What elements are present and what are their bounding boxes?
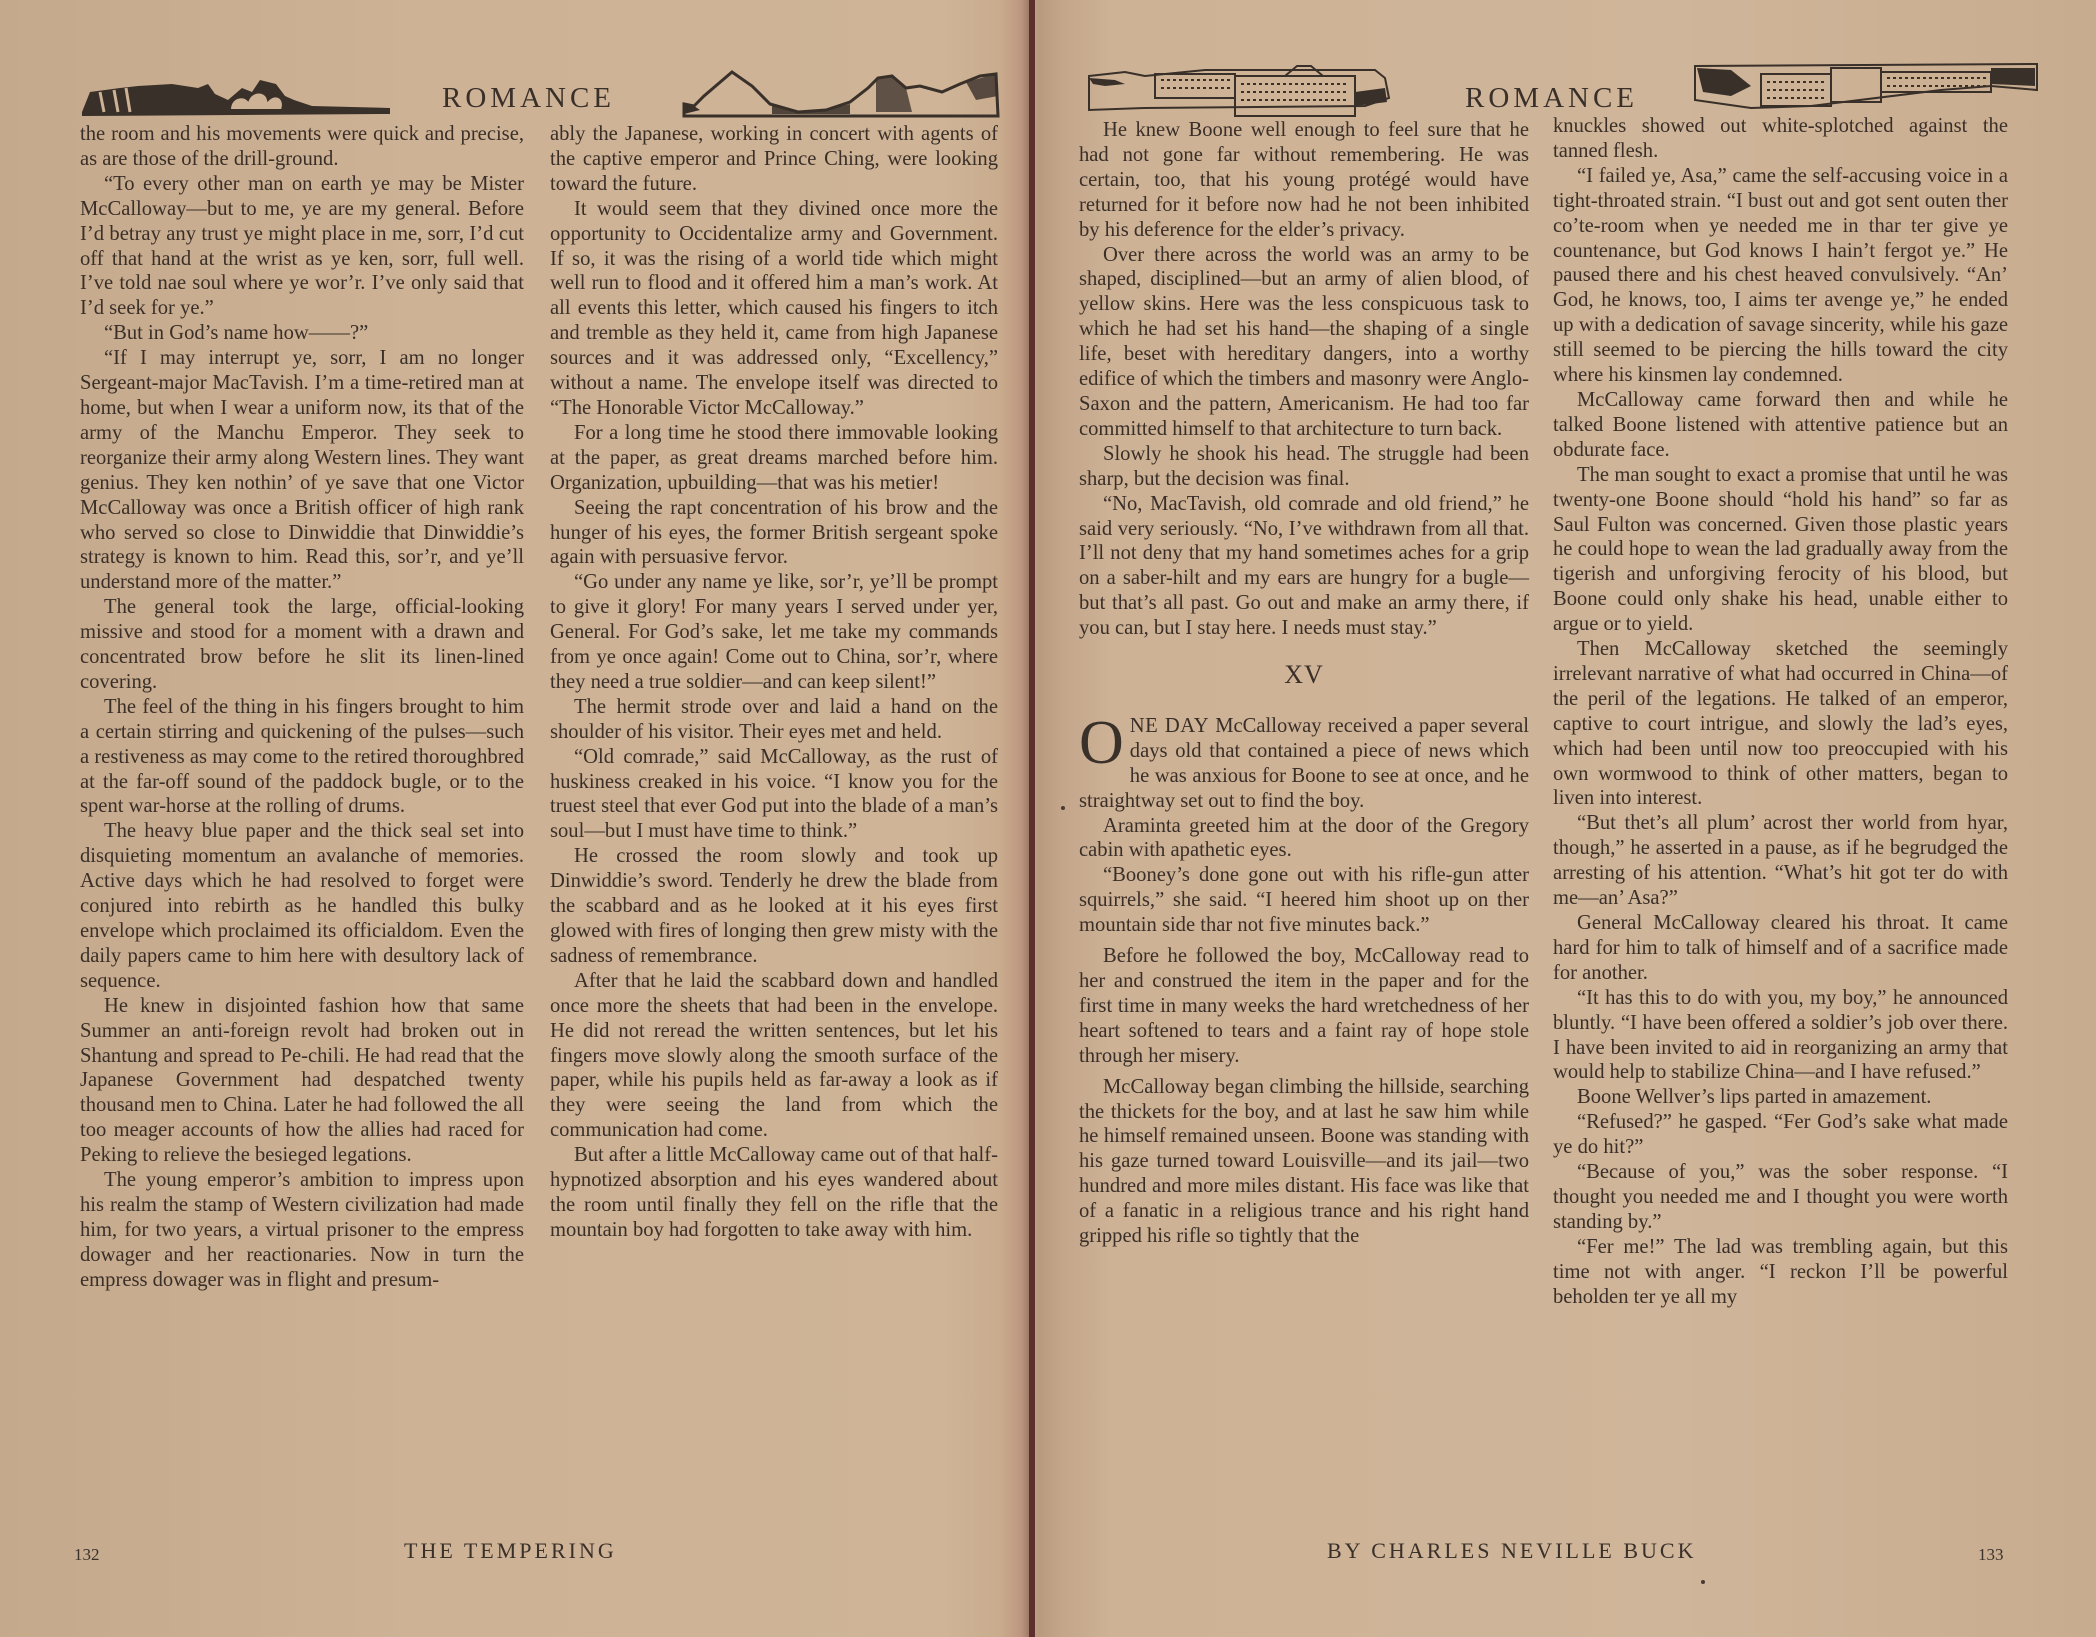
paragraph: He crossed the room slowly and took up D… (550, 844, 998, 969)
running-foot-left: THE TEMPERING (404, 1538, 617, 1564)
open-magazine-spread: ROMANCE the room and his movements were … (0, 0, 2096, 1637)
left-page-column-1: the room and his movements were quick an… (80, 122, 524, 1293)
chapter-number: XV (1079, 663, 1529, 688)
paragraph: McCalloway began climbing the hillside, … (1079, 1075, 1529, 1249)
paragraph: The heavy blue paper and the thick seal … (80, 819, 524, 993)
paragraph: “Go under any name ye like, sor’r, ye’ll… (550, 570, 998, 695)
paragraph: Seeing the rapt concentration of his bro… (550, 496, 998, 571)
paragraph: “Refused?” he gasped. “Fer God’s sake wh… (1553, 1110, 2008, 1160)
paragraph: McCalloway came forward then and while h… (1553, 388, 2008, 463)
left-page-column-2: ably the Japanese, working in concert wi… (550, 122, 998, 1243)
running-header-left: ROMANCE (80, 62, 1000, 122)
opening-small-caps: NE DAY (1130, 715, 1209, 737)
campus-buildings-ornament-icon (1085, 62, 1415, 122)
paragraph: the room and his movements were quick an… (80, 122, 524, 172)
campus-buildings-ornament-icon-2 (1691, 56, 2041, 116)
paragraph: “Old comrade,” said McCalloway, as the r… (550, 745, 998, 845)
running-head-text: ROMANCE (442, 82, 615, 115)
paragraph: “Booney’s done gone out with his rifle-g… (1079, 863, 1529, 938)
paragraph: “But thet’s all plum’ acrost ther world … (1553, 811, 2008, 911)
left-page: ROMANCE the room and his movements were … (0, 0, 1029, 1637)
paragraph: “But in God’s name how——?” (80, 321, 524, 346)
paragraph: The hermit strode over and laid a hand o… (550, 695, 998, 745)
paragraph: The general took the large, official-loo… (80, 595, 524, 695)
paragraph: General McCalloway cleared his throat. I… (1553, 911, 2008, 986)
drop-cap: O (1079, 718, 1124, 768)
paragraph: “It has this to do with you, my boy,” he… (1553, 986, 2008, 1086)
ink-speck (1701, 1580, 1705, 1584)
paragraph: “I failed ye, Asa,” came the self-accusi… (1553, 164, 2008, 388)
running-header-right: ROMANCE (1085, 62, 2045, 122)
paragraph: For a long time he stood there immovable… (550, 421, 998, 496)
page-number-left: 132 (74, 1545, 100, 1565)
paragraph: Araminta greeted him at the door of the … (1079, 814, 1529, 864)
running-foot-right: BY CHARLES NEVILLE BUCK (1327, 1538, 1696, 1564)
paragraph: “To every other man on earth ye may be M… (80, 172, 524, 321)
chapter-opening-paragraph: ONE DAY McCalloway received a paper seve… (1079, 714, 1529, 814)
paragraph: “No, MacTavish, old comrade and old frie… (1079, 492, 1529, 641)
paragraph: knuckles showed out white-splotched agai… (1553, 114, 2008, 164)
mountain-peaks-ornament-icon (680, 66, 1000, 120)
paragraph: Over there across the world was an army … (1079, 243, 1529, 442)
paragraph: Slowly he shook his head. The struggle h… (1079, 442, 1529, 492)
paragraph: The feel of the thing in his fingers bro… (80, 695, 524, 820)
paragraph: ably the Japanese, working in concert wi… (550, 122, 998, 197)
right-page: ROMANCE He knew Boone well enough to fee… (1035, 0, 2096, 1637)
paragraph: The young emperor’s ambition to impress … (80, 1168, 524, 1293)
paragraph: He knew in disjointed fashion how that s… (80, 994, 524, 1168)
ink-speck (1061, 806, 1065, 810)
paragraph: He knew Boone well enough to feel sure t… (1079, 118, 1529, 243)
right-page-column-1: He knew Boone well enough to feel sure t… (1079, 118, 1529, 1249)
paragraph: It would seem that they divined once mor… (550, 197, 998, 421)
paragraph: Before he followed the boy, McCalloway r… (1079, 944, 1529, 1069)
paragraph: After that he laid the scabbard down and… (550, 969, 998, 1143)
paragraph: “Because of you,” was the sober response… (1553, 1160, 2008, 1235)
paragraph: The man sought to exact a promise that u… (1553, 463, 2008, 637)
mountain-landscape-ornament-icon (80, 70, 400, 120)
paragraph: Boone Wellver’s lips parted in amazement… (1553, 1085, 2008, 1110)
paragraph: Then McCalloway sketched the seemingly i… (1553, 637, 2008, 811)
page-number-right: 133 (1978, 1545, 2004, 1565)
paragraph: “Fer me!” The lad was trembling again, b… (1553, 1235, 2008, 1310)
right-page-column-2: knuckles showed out white-splotched agai… (1553, 114, 2008, 1310)
running-head-text: ROMANCE (1465, 82, 1638, 115)
paragraph: But after a little McCalloway came out o… (550, 1143, 998, 1243)
paragraph: “If I may interrupt ye, sorr, I am no lo… (80, 346, 524, 595)
